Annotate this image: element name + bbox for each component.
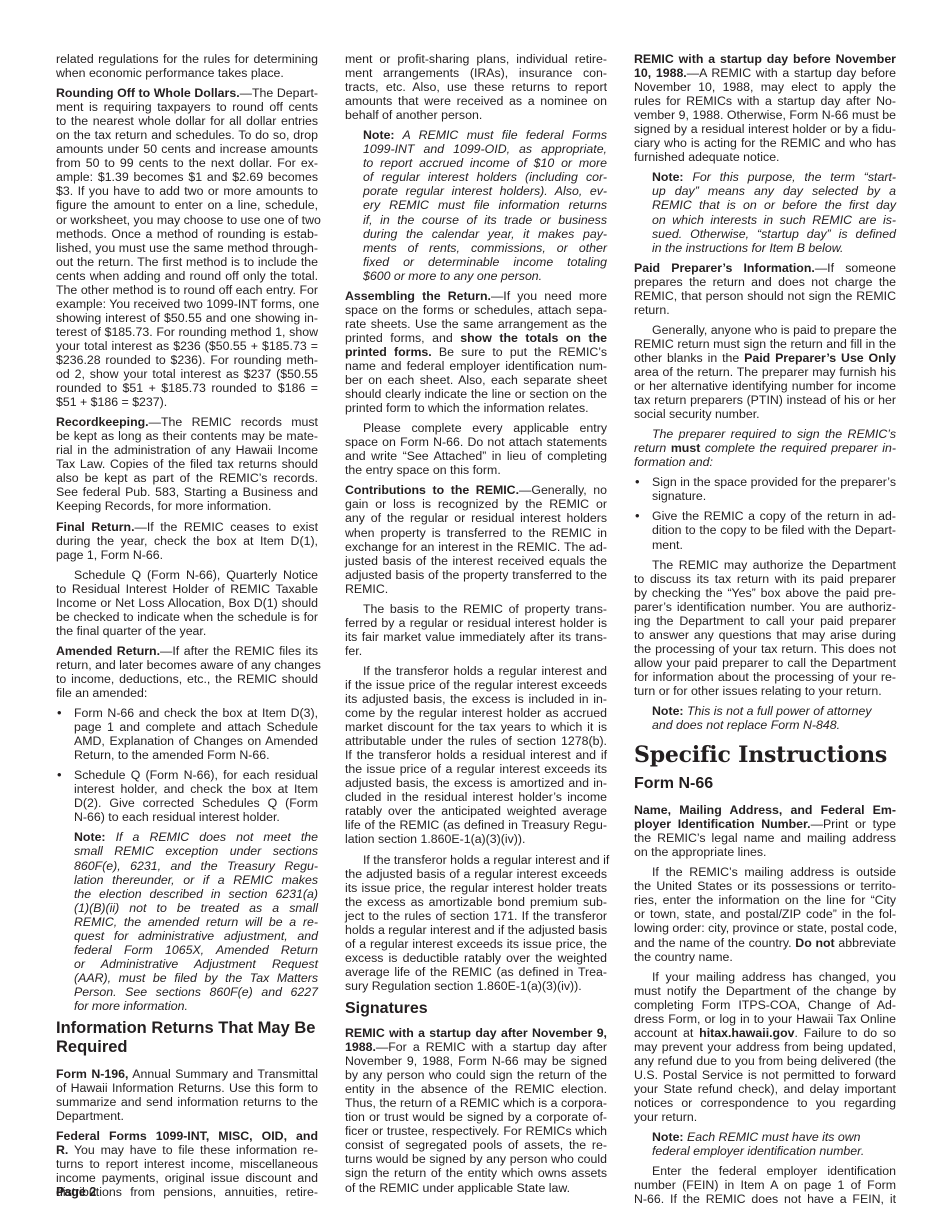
text-line: Recordkeeping.—The REMIC records must — [56, 415, 318, 429]
text-line: any of the regular or residual interest … — [345, 511, 607, 525]
text-line: showing interest of $50.55 and one showi… — [56, 311, 318, 325]
text-line: amounts that were received as a nominee … — [345, 94, 607, 108]
text-line: ployer Identification Number.—Print or t… — [634, 817, 896, 831]
text-line: the issue price of a regular interest ex… — [345, 762, 607, 776]
text-line: D(2). Give corrected Schedules Q (Form — [74, 796, 318, 810]
text-line: lowing order: city, province or state, p… — [634, 921, 896, 935]
text-line: average life of the REMIC (as defined in… — [345, 965, 607, 979]
text-line: be kept as long as their contents may be… — [56, 429, 318, 443]
text-line: R. You may have to file these informatio… — [56, 1143, 318, 1157]
text-line: The basis to the REMIC of property trans… — [345, 602, 607, 616]
text-line: market discount for the tax years to whi… — [345, 720, 607, 734]
note-amended: Note: If a REMIC does not meet the small… — [74, 830, 318, 1013]
text-line: cents when adding and round off only the… — [56, 269, 318, 283]
text-line: od 2, show your total interest as $237 (… — [56, 367, 318, 381]
recordkeeping-heading: Recordkeeping. — [56, 415, 149, 429]
text-line: Sign in the space provided for the prepa… — [652, 475, 896, 489]
section-amended-return: Amended Return.—If after the REMIC files… — [56, 644, 318, 700]
rounding-heading: Rounding Off to Whole Dollars. — [56, 86, 240, 100]
text-line: be checked to indicate when the schedule… — [56, 610, 318, 624]
text-line: your State refund check), and delay impo… — [634, 1082, 896, 1096]
text-line: ments of rents, commissions, or other — [363, 241, 607, 255]
note-fein: Note: Each REMIC must have its own feder… — [652, 1130, 896, 1158]
text-line: or town, state, and postal/ZIP code” in … — [634, 907, 896, 921]
text-line: ratably over the anticipated weighted av… — [345, 804, 607, 818]
text-line: cluded in the residual interest holder’s… — [345, 790, 607, 804]
text-line: its adjusted basis, the excess is includ… — [345, 692, 607, 706]
text-line: up day” means any day selected by a — [652, 184, 896, 198]
section-name-address: Name, Mailing Address, and Federal Em- p… — [634, 803, 896, 859]
text-line: REMIC that is on or before the first day — [652, 198, 896, 212]
text-line: The other method is to round off each en… — [56, 283, 318, 297]
text-line: turns would be signed by any person who … — [345, 1152, 607, 1166]
text-line: Schedule Q (Form N-66), Quarterly Notice — [56, 568, 318, 582]
paragraph-authorize: The REMIC may authorize the Department t… — [634, 558, 896, 698]
text-line: holds a regular interest and if the adju… — [345, 923, 607, 937]
text-line: must notify the Department of the change… — [634, 984, 896, 998]
text-line: vember 9, 1988. Otherwise, Form N-66 mus… — [634, 108, 896, 122]
section-recordkeeping: Recordkeeping.—The REMIC records must be… — [56, 415, 318, 513]
text-line: terest of $185.73. For rounding method 1… — [56, 325, 318, 339]
text-line: return must complete the required prepar… — [634, 441, 896, 455]
text-line: on the appropriate lines. — [634, 845, 896, 859]
text-line: rial in the administration of any Hawaii… — [56, 443, 318, 457]
text-line: life of the REMIC (as defined in Treasur… — [345, 818, 607, 832]
section-startup-after-1988: REMIC with a startup day after November … — [345, 1026, 607, 1195]
text-line: to answer any questions that may arise d… — [634, 628, 896, 642]
text-line: tion or trust would be signed by a corpo… — [345, 1110, 607, 1124]
text-line: behalf of another person. — [345, 108, 607, 122]
text-line: ment. — [652, 538, 896, 552]
text-line: $600 or more to any one person. — [363, 269, 607, 283]
text-line: on the tax return and schedules. To do s… — [56, 128, 318, 142]
section-paid-preparer: Paid Preparer’s Information.—If someone … — [634, 261, 896, 317]
text-line: space on the forms or schedules, attach … — [345, 303, 607, 317]
text-line: Person. See sections 860F(e) and 6227 — [74, 985, 318, 999]
text-line: area of the return. The preparer may fur… — [634, 365, 896, 379]
text-line: to the nearest whole dollar for all doll… — [56, 114, 318, 128]
text-line: November 9, 1988, Form N-66 may be signe… — [345, 1054, 607, 1068]
text-line: Rounding Off to Whole Dollars.—The Depar… — [56, 86, 318, 100]
text-line: the adjusted basis of a regular interest… — [345, 867, 607, 881]
text-line: for more information. — [74, 999, 318, 1013]
text-line: 1988.—For a REMIC with a startup day aft… — [345, 1040, 607, 1054]
section-form-n196: Form N-196, Annual Summary and Transmitt… — [56, 1067, 318, 1123]
text-line: The REMIC may authorize the Department — [634, 558, 896, 572]
text-line: should clearly indicate the line or sect… — [345, 387, 607, 401]
text-line: ciary who is acting for the REMIC and wh… — [634, 136, 896, 150]
text-line: your total interest as $236 ($50.55 + $1… — [56, 339, 318, 353]
text-line: for information about the processing of … — [634, 670, 896, 684]
text-line: If the REMIC’s mailing address is outsid… — [634, 865, 896, 879]
text-line: If the transferor holds a regular intere… — [345, 853, 607, 867]
bullet-item: Sign in the space provided for the prepa… — [634, 475, 896, 503]
column-3: REMIC with a startup day before November… — [634, 52, 896, 1212]
text-line: allow your paid preparer to call the Dep… — [634, 656, 896, 670]
bullet-item: Give the REMIC a copy of the return in a… — [634, 509, 896, 551]
text-line: Note: If a REMIC does not meet the — [74, 830, 318, 844]
text-line: of regular interest holders (including c… — [363, 170, 607, 184]
text-line: page 1 and complete and attach Schedule — [74, 720, 318, 734]
text-line: justed basis of the interest received eq… — [345, 554, 607, 568]
text-line: its fair market value immediately after … — [345, 630, 607, 644]
text-line: by any person who could sign the return … — [345, 1068, 607, 1082]
text-line: and write “See Attached” in lieu of comp… — [345, 449, 607, 463]
text-line: to report accrued income of $10 or more — [363, 156, 607, 170]
text-line: other blanks in the Paid Preparer’s Use … — [634, 351, 896, 365]
text-line: tax return preparers (PTIN) instead of h… — [634, 393, 896, 407]
text-line: Name, Mailing Address, and Federal Em- — [634, 803, 896, 817]
text-line: N-66) to each residual interest holder. — [74, 810, 318, 824]
text-line: ample: $1.39 becomes $1 and $2.69 become… — [56, 170, 318, 184]
text-line: Final Return.—If the REMIC ceases to exi… — [56, 520, 318, 534]
text-line: your return. — [634, 1110, 896, 1124]
text-line: formation and: — [634, 455, 896, 469]
text-line: consist of segregated pools of assets, t… — [345, 1138, 607, 1152]
text-line: $3. If you have to add two or more amoun… — [56, 184, 318, 198]
text-line: amounts under 50 cents and increase amou… — [56, 142, 318, 156]
text-line: rounded to $51 + $185.73 rounded to $186… — [56, 381, 318, 395]
text-line: Note: For this purpose, the term “start- — [652, 170, 896, 184]
text-line: of a regular interest exceeds its issue … — [345, 937, 607, 951]
text-line: excess is deductible ratably over the we… — [345, 951, 607, 965]
paragraph-retirement-plans: ment or profit-sharing plans, individual… — [345, 52, 607, 122]
text-line: Note: Each REMIC must have its own — [652, 1130, 896, 1144]
text-line: the REMIC’s legal name and mailing addre… — [634, 831, 896, 845]
text-line: turn or for other issues relating to you… — [634, 684, 896, 698]
text-line: social security number. — [634, 407, 896, 421]
text-line: ment arrangements (IRAs), insurance con- — [345, 66, 607, 80]
text-line: come by the regular interest holder as a… — [345, 706, 607, 720]
text-line: from 50 to 99 cents to the next dollar. … — [56, 156, 318, 170]
text-line: the entry space on this form. — [345, 463, 607, 477]
text-line: to Residual Interest Holder of REMIC Tax… — [56, 582, 318, 596]
text-line: or Administrative Adjustment Request — [74, 957, 318, 971]
section-assembling-return: Assembling the Return.—If you need more … — [345, 289, 607, 415]
text-line: the final quarter of the year. — [56, 624, 318, 638]
paragraph-complete-entries: Please complete every applicable entry s… — [345, 421, 607, 477]
text-line: REMIC with a startup day after November … — [345, 1026, 607, 1040]
text-line: printed forms. Be sure to put the REMIC’… — [345, 345, 607, 359]
text-line: the country name. — [634, 950, 896, 964]
text-line: return. — [634, 303, 896, 317]
paragraph-basis: The basis to the REMIC of property trans… — [345, 602, 607, 658]
paragraph-transferor-2: If the transferor holds a regular intere… — [345, 853, 607, 993]
text-line: sign the return of the entity which owns… — [345, 1166, 607, 1180]
section-rounding-off: Rounding Off to Whole Dollars.—The Depar… — [56, 86, 318, 409]
text-line: ber on each sheet. Also, each separate s… — [345, 373, 607, 387]
text-line: ing the Department to call your paid pre… — [634, 614, 896, 628]
column-1: related regulations for the rules for de… — [56, 52, 318, 1205]
text-line: N-66. If the REMIC does not have a FEIN,… — [634, 1192, 896, 1206]
text-line: Generally, anyone who is paid to prepare… — [634, 323, 896, 337]
text-line: printed form to which the information re… — [345, 401, 607, 415]
text-line: sury Regulation section 1.860E-1(a)(3)(i… — [345, 979, 607, 993]
text-line: related regulations for the rules for de… — [56, 52, 318, 66]
text-line: Schedule Q (Form N-66), for each residua… — [74, 768, 318, 782]
text-line: also be kept as part of the REMIC’s reco… — [56, 471, 318, 485]
text-line: REMIC. — [345, 582, 607, 596]
text-line: Paid Preparer’s Information.—If someone — [634, 261, 896, 275]
text-line: figure the amount to enter on a line, sc… — [56, 198, 318, 212]
heading-form-n66: Form N-66 — [634, 774, 896, 793]
text-line: example: You received two 1099-INT forms… — [56, 297, 318, 311]
text-line: or worksheet, you may choose to use one … — [56, 213, 318, 227]
text-line: Assembling the Return.—If you need more — [345, 289, 607, 303]
text-line: Note: A REMIC must file federal Forms — [363, 128, 607, 142]
bullet-item: Form N-66 and check the box at Item D(3)… — [56, 706, 318, 762]
paragraph-generally: Generally, anyone who is paid to prepare… — [634, 323, 896, 421]
paragraph-fein: Enter the federal employer identificatio… — [634, 1164, 896, 1206]
text-line: REMIC with a startup day before November — [634, 52, 896, 66]
text-line: If the transferor holds a regular intere… — [345, 664, 607, 678]
text-line: rules for REMICs with a startup day afte… — [634, 94, 896, 108]
text-line: exchange for an interest in the REMIC. T… — [345, 540, 607, 554]
text-line: its issue price, the regular interest ho… — [345, 881, 607, 895]
note-power-of-attorney: Note: This is not a full power of attorn… — [652, 704, 896, 732]
text-line: any refund due to you from being deliver… — [634, 1054, 896, 1068]
text-line: Please complete every applicable entry — [345, 421, 607, 435]
text-line: name and federal employer identification… — [345, 359, 607, 373]
text-line: Keeping Records, for more information. — [56, 499, 318, 513]
paragraph-transferor-1: If the transferor holds a regular intere… — [345, 664, 607, 847]
text-line: page 1, Form N-66. — [56, 548, 318, 562]
text-line: of Hawaii Information Returns. Use this … — [56, 1081, 318, 1095]
text-line: Contributions to the REMIC.—Generally, n… — [345, 483, 607, 497]
heading-signatures: Signatures — [345, 999, 607, 1018]
text-line: signed by a residual interest holder or … — [634, 122, 896, 136]
text-line: furnished adequate notice. — [634, 150, 896, 164]
text-line: Thus, the return of a REMIC which is a c… — [345, 1096, 607, 1110]
text-line: lation thereunder, or if a REMIC makes — [74, 873, 318, 887]
text-line: November 10, 1988, may elect to apply th… — [634, 80, 896, 94]
column-2: ment or profit-sharing plans, individual… — [345, 52, 607, 1201]
text-line: federal employer identification number. — [652, 1144, 896, 1158]
heading-specific-instructions: Specific Instructions — [634, 742, 896, 768]
heading-information-returns: Information Returns That May Be Required — [56, 1019, 318, 1057]
text-line: turns to report interest income, miscell… — [56, 1157, 318, 1171]
text-line: Tax Law. Copies of the filed tax returns… — [56, 457, 318, 471]
note-startup-day: Note: For this purpose, the term “start-… — [652, 170, 896, 254]
text-line: fer. — [345, 644, 607, 658]
text-line: lished, you must use the same method thr… — [56, 241, 318, 255]
text-line: may prevent your address from being upda… — [634, 1040, 896, 1054]
text-line: prepares the return and does not charge … — [634, 275, 896, 289]
text-line: during the calendar year, it makes pay- — [363, 227, 607, 241]
text-line: number (FEIN) in Item A on page 1 of For… — [634, 1178, 896, 1192]
text-line: Give the REMIC a copy of the return in a… — [652, 509, 896, 523]
text-line: Enter the federal employer identificatio… — [634, 1164, 896, 1178]
text-line: to income, deductions, etc., the REMIC s… — [56, 672, 318, 686]
text-line: parer’s identification number. You are a… — [634, 600, 896, 614]
text-line: $51 + $186 = $237). — [56, 395, 318, 409]
text-line: Return, to the amended Form N-66. — [74, 748, 318, 762]
text-line: quest for administrative adjustment, and — [74, 929, 318, 943]
bullet-item: Schedule Q (Form N-66), for each residua… — [56, 768, 318, 824]
section-final-return: Final Return.—If the REMIC ceases to exi… — [56, 520, 318, 562]
text-line: Department. — [56, 1109, 318, 1123]
text-line: account at hitax.hawaii.gov. Failure to … — [634, 1026, 896, 1040]
text-line: and does not replace Form N-848. — [652, 718, 896, 732]
text-line: ment or profit-sharing plans, individual… — [345, 52, 607, 66]
paragraph-schedule-q: Schedule Q (Form N-66), Quarterly Notice… — [56, 568, 318, 638]
text-line: $236.28 rounded to $236). For rounding m… — [56, 353, 318, 367]
text-line: fixed or determinable income totaling — [363, 255, 607, 269]
paragraph-preparer-required: The preparer required to sign the REMIC’… — [634, 427, 896, 469]
text-line: AMD, Explanation of Changes on Amended — [74, 734, 318, 748]
text-line: U.S. Postal Service is not permitted to … — [634, 1068, 896, 1082]
text-line: small REMIC exception under sections — [74, 844, 318, 858]
text-line: rate sheets. Use the same arrangement as… — [345, 317, 607, 331]
text-line: income payments, original issue discount… — [56, 1171, 318, 1185]
text-line: dition to the copy to be filed with the … — [652, 523, 896, 537]
text-line: REMIC, that person should not sign the R… — [634, 289, 896, 303]
text-line: if the issue price of the regular intere… — [345, 678, 607, 692]
text-line: REMIC return must sign the return and fi… — [634, 337, 896, 351]
text-line: in the instructions for Item B below. — [652, 241, 896, 255]
text-line: (1)(B)(ii) not to be treated as a small — [74, 901, 318, 915]
paragraph-address-changed: If your mailing address has changed, you… — [634, 970, 896, 1125]
text-line: 1099-INT and 1099-OID, as appropriate, — [363, 142, 607, 156]
text-line: the processing of your tax return. This … — [634, 642, 896, 656]
text-line: ries, enter the information on the line … — [634, 893, 896, 907]
text-line: See federal Pub. 583, Starting a Busines… — [56, 485, 318, 499]
text-line: lation section 1.860E-1(a)(3)(iv)). — [345, 832, 607, 846]
text-line: Income or Net Loss Allocation, Box D(1) … — [56, 596, 318, 610]
text-line: If your mailing address has changed, you — [634, 970, 896, 984]
text-line: ment is requiring taxpayers to round off… — [56, 100, 318, 114]
text-line: attributable under the rules of section … — [345, 734, 607, 748]
text-line: of the REMIC under applicable State law. — [345, 1181, 607, 1195]
text-line: gain or loss is recognized by the REMIC … — [345, 497, 607, 511]
text-line: completing Form ITPS-COA, Change of Ad- — [634, 998, 896, 1012]
text-line: on which interests in such REMIC are is- — [652, 213, 896, 227]
text-line: or her alternative identifying number fo… — [634, 379, 896, 393]
text-line: and the name of the country. Do not abbr… — [634, 936, 896, 950]
final-return-heading: Final Return. — [56, 520, 135, 534]
paragraph-outside-us: If the REMIC’s mailing address is outsid… — [634, 865, 896, 963]
text-line: notices or correspondence to you regardi… — [634, 1096, 896, 1110]
text-line: 10, 1988.—A REMIC with a startup day bef… — [634, 66, 896, 80]
text-line: adjusted basis, the excess is amortized … — [345, 776, 607, 790]
text-line: Note: This is not a full power of attorn… — [652, 704, 896, 718]
text-line: signature. — [652, 489, 896, 503]
text-line: The preparer required to sign the REMIC’… — [634, 427, 896, 441]
text-line: summarize and send information returns t… — [56, 1095, 318, 1109]
text-line: the election described in section 6231(a… — [74, 887, 318, 901]
text-line: out the return. The first method is to i… — [56, 255, 318, 269]
page-number: Page 2 — [56, 1185, 96, 1199]
text-line: (AAR), must be filed by the Tax Matters — [74, 971, 318, 985]
text-line: sued. Otherwise, “startup day” is define… — [652, 227, 896, 241]
text-line: ferred by a regular or residual interest… — [345, 616, 607, 630]
text-line: printed forms, and show the totals on th… — [345, 331, 607, 345]
text-line: file an amended: — [56, 686, 318, 700]
text-line: space on Form N-66. Do not attach statem… — [345, 435, 607, 449]
amended-return-heading: Amended Return. — [56, 644, 160, 658]
text-line: Federal Forms 1099-INT, MISC, OID, and — [56, 1129, 318, 1143]
text-line: ery REMIC must file information returns — [363, 198, 607, 212]
text-line: ject to the rules of section 171. If the… — [345, 909, 607, 923]
text-line: federal Form 1065X, Amended Return — [74, 943, 318, 957]
text-line: entity in the absence of the REMIC elect… — [345, 1082, 607, 1096]
note-1099: Note: A REMIC must file federal Forms 10… — [363, 128, 607, 283]
text-line: REMIC, the amended return will be a re- — [74, 915, 318, 929]
hitax-link: hitax.hawaii.gov — [699, 1026, 794, 1040]
text-line: to discuss its tax return with its paid … — [634, 572, 896, 586]
text-line: 860F(e), 6231, and the Treasury Regu- — [74, 859, 318, 873]
text-line: ficer or trustee, respectively. For REMI… — [345, 1124, 607, 1138]
text-line: if, in the course of its trade or busine… — [363, 213, 607, 227]
text-line: the United States or its possessions or … — [634, 879, 896, 893]
text-line: tracts, etc. Also, use these returns to … — [345, 80, 607, 94]
section-startup-before-1988: REMIC with a startup day before November… — [634, 52, 896, 164]
section-contributions: Contributions to the REMIC.—Generally, n… — [345, 483, 607, 595]
text-line: Form N-66 and check the box at Item D(3)… — [74, 706, 318, 720]
text-line: the excess as amortizable bond premium s… — [345, 895, 607, 909]
text-line: interest holder, and check the box at It… — [74, 782, 318, 796]
text-line: when economic performance takes place. — [56, 66, 318, 80]
text-line: during the year, check the box at Item D… — [56, 534, 318, 548]
text-line: porate regular interest holders). Also, … — [363, 184, 607, 198]
text-line: methods. Once a method of rounding is es… — [56, 227, 318, 241]
text-line: adjusted basis of the property transferr… — [345, 568, 607, 582]
text-line: by checking the “Yes” box above the paid… — [634, 586, 896, 600]
text-line: dress Form, or log in to your Hawaii Tax… — [634, 1012, 896, 1026]
text-line: when property is transferred to the REMI… — [345, 526, 607, 540]
text-line: Form N-196, Annual Summary and Transmitt… — [56, 1067, 318, 1081]
paragraph-economic-performance: related regulations for the rules for de… — [56, 52, 318, 80]
text-line: If the transferor holds a residual inter… — [345, 748, 607, 762]
text-line: return, and later becomes aware of any c… — [56, 658, 318, 672]
text-line: Amended Return.—If after the REMIC files… — [56, 644, 318, 658]
